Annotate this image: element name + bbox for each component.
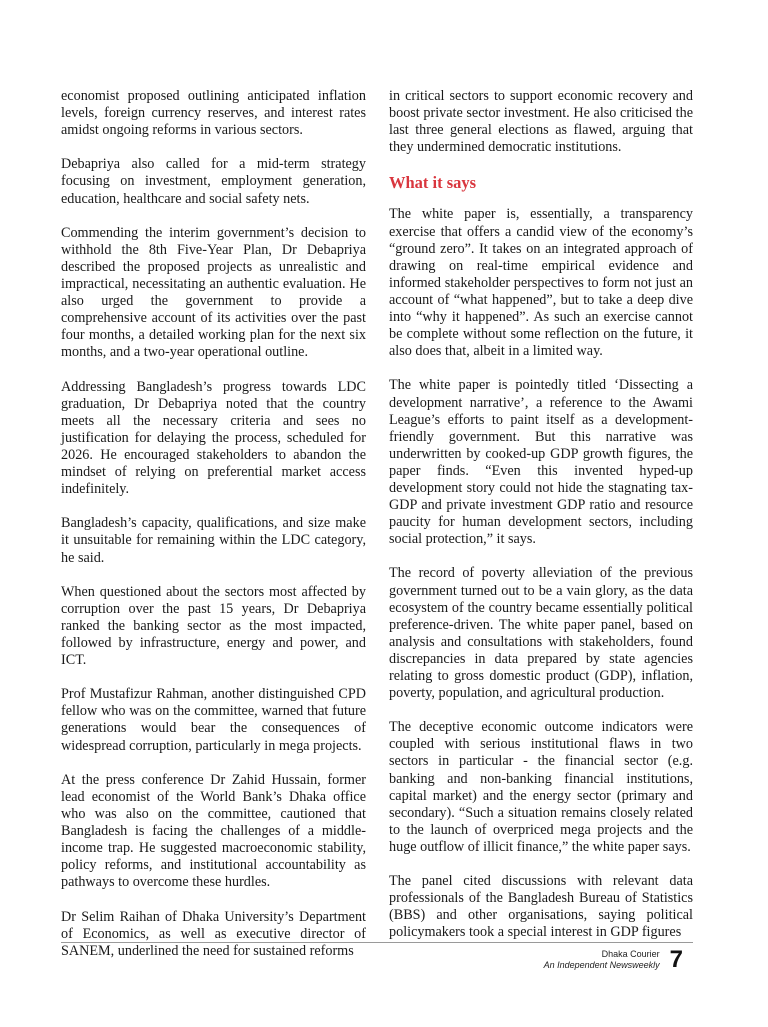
footer-divider	[61, 942, 693, 943]
body-paragraph: The white paper is, essentially, a trans…	[389, 206, 693, 360]
magazine-page: economist proposed outlining anticipated…	[0, 0, 768, 1027]
right-column: in critical sectors to support economic …	[389, 88, 693, 942]
footer-masthead: Dhaka Courier An Independent Newsweekly	[544, 949, 660, 971]
body-paragraph: The deceptive economic outcome indicator…	[389, 719, 693, 856]
body-paragraph: The record of poverty alleviation of the…	[389, 565, 693, 702]
page-footer: Dhaka Courier An Independent Newsweekly …	[544, 949, 683, 971]
publication-name: Dhaka Courier	[544, 949, 660, 960]
section-heading: What it says	[389, 173, 693, 193]
body-paragraph: The white paper is pointedly titled ‘Dis…	[389, 377, 693, 548]
body-paragraph: At the press conference Dr Zahid Hussain…	[61, 772, 366, 892]
body-paragraph: Addressing Bangladesh’s progress towards…	[61, 379, 366, 499]
body-paragraph-continued: The panel cited discussions with relevan…	[389, 873, 693, 941]
body-paragraph: Commending the interim government’s deci…	[61, 225, 366, 362]
left-column: economist proposed outlining anticipated…	[61, 88, 366, 960]
page-number: 7	[670, 949, 683, 971]
body-paragraph: When questioned about the sectors most a…	[61, 584, 366, 669]
body-paragraph-continued: Dr Selim Raihan of Dhaka University’s De…	[61, 909, 366, 960]
publication-tagline: An Independent Newsweekly	[544, 960, 660, 971]
body-paragraph: economist proposed outlining anticipated…	[61, 88, 366, 139]
body-paragraph: Prof Mustafizur Rahman, another distingu…	[61, 686, 366, 754]
body-paragraph: Bangladesh’s capacity, qualifications, a…	[61, 515, 366, 566]
body-paragraph-continuation: in critical sectors to support economic …	[389, 88, 693, 156]
body-paragraph: Debapriya also called for a mid-term str…	[61, 156, 366, 207]
